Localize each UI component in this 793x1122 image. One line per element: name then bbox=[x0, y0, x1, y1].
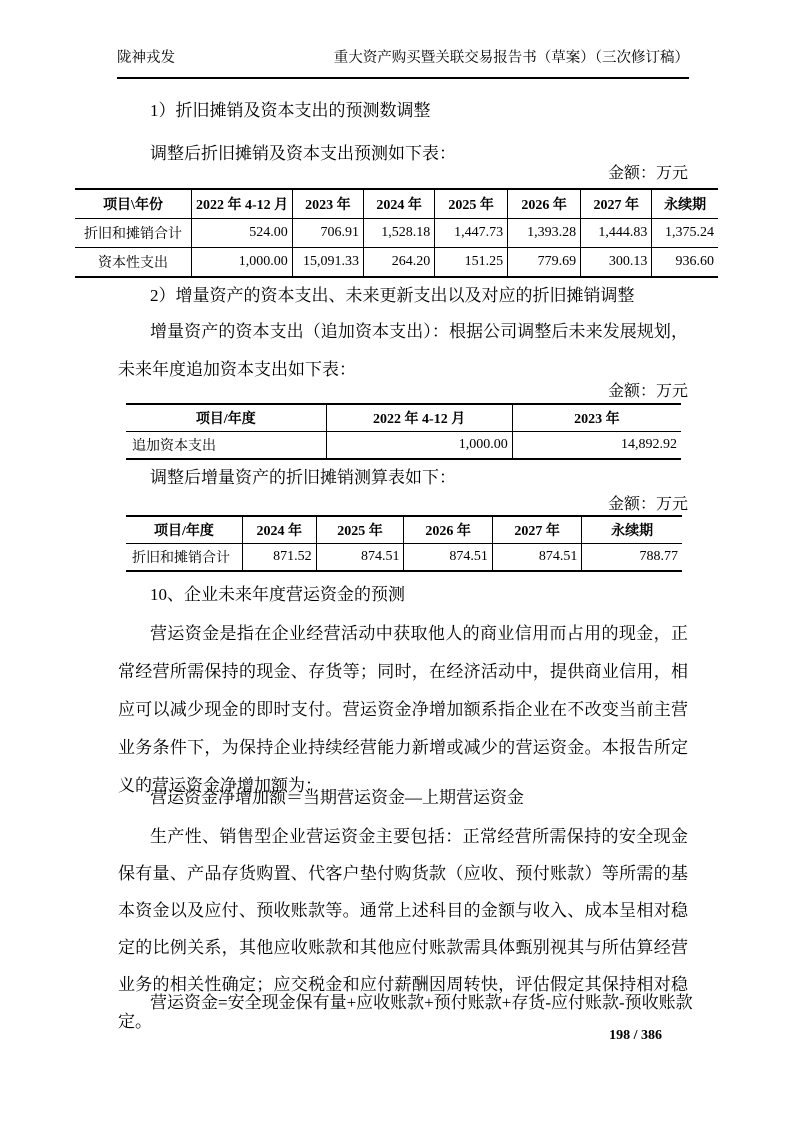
table-cell: 936.60 bbox=[652, 248, 718, 278]
depreciation-capex-forecast-table: 项目\年份2022 年 4-12 月2023 年2024 年2025 年2026… bbox=[75, 188, 718, 278]
table-cell: 871.52 bbox=[242, 544, 316, 572]
table-row: 折旧和摊销合计871.52874.51874.51874.51788.77 bbox=[126, 544, 682, 572]
column-header: 永续期 bbox=[582, 516, 682, 544]
row-label: 折旧和摊销合计 bbox=[75, 219, 192, 248]
table-cell: 1,528.18 bbox=[363, 219, 434, 248]
table-cell: 1,447.73 bbox=[435, 219, 508, 248]
table-cell: 874.51 bbox=[316, 544, 404, 572]
section-10-heading: 10、企业未来年度营运资金的预测 bbox=[150, 585, 695, 605]
column-header: 永续期 bbox=[652, 189, 718, 219]
table-cell: 524.00 bbox=[192, 219, 293, 248]
column-header: 2022 年 4-12 月 bbox=[192, 189, 293, 219]
table-cell: 874.51 bbox=[492, 544, 581, 572]
table-cell: 788.77 bbox=[582, 544, 682, 572]
column-header: 2026 年 bbox=[404, 516, 492, 544]
row-label: 追加资本支出 bbox=[126, 432, 326, 460]
section-2-paragraph: 增量资产的资本支出（追加资本支出）：根据公司调整后未来发展规划，未来年度追加资本… bbox=[118, 313, 688, 389]
column-header: 2024 年 bbox=[242, 516, 316, 544]
table-cell: 1,000.00 bbox=[326, 432, 512, 460]
column-header: 2023 年 bbox=[512, 404, 681, 432]
page-number: 198 / 386 bbox=[609, 1027, 662, 1045]
row-label: 资本性支出 bbox=[75, 248, 192, 278]
section-1-intro: 调整后折旧摊销及资本支出预测如下表： bbox=[150, 144, 695, 164]
table-row: 资本性支出1,000.0015,091.33264.20151.25779.69… bbox=[75, 248, 718, 278]
column-header: 2025 年 bbox=[435, 189, 508, 219]
running-header: 陇神戎发 重大资产购买暨关联交易报告书（草案）（三次修订稿） bbox=[117, 48, 689, 79]
additional-capex-table-wrap: 项目/年度2022 年 4-12 月2023 年追加资本支出1,000.0014… bbox=[126, 403, 681, 460]
section-3-intro: 调整后增量资产的折旧摊销测算表如下： bbox=[150, 468, 695, 488]
working-capital-paragraph-1: 营运资金是指在企业经营活动中获取他人的商业信用而占用的现金，正常经营所需保持的现… bbox=[118, 615, 688, 805]
table-cell: 706.91 bbox=[292, 219, 363, 248]
table-row: 折旧和摊销合计524.00706.911,528.181,447.731,393… bbox=[75, 219, 718, 248]
row-label: 折旧和摊销合计 bbox=[126, 544, 242, 572]
table-cell: 15,091.33 bbox=[292, 248, 363, 278]
column-header: 2025 年 bbox=[316, 516, 404, 544]
table-cell: 1,375.24 bbox=[652, 219, 718, 248]
working-capital-formula-2: 营运资金=安全现金保有量+应收账款+预付账款+存货-应付账款-预收账款 bbox=[150, 993, 695, 1013]
header-company-name: 陇神戎发 bbox=[117, 48, 175, 68]
depreciation-capex-forecast-table-wrap: 项目\年份2022 年 4-12 月2023 年2024 年2025 年2026… bbox=[75, 188, 718, 278]
amount-unit-label: 金额：万元 bbox=[118, 383, 688, 401]
column-header: 2024 年 bbox=[363, 189, 434, 219]
column-header: 2023 年 bbox=[292, 189, 363, 219]
column-header: 项目/年度 bbox=[126, 404, 326, 432]
table-cell: 1,000.00 bbox=[192, 248, 293, 278]
table-header-row: 项目/年度2024 年2025 年2026 年2027 年永续期 bbox=[126, 516, 682, 544]
section-2-heading: 2）增量资产的资本支出、未来更新支出以及对应的折旧摊销调整 bbox=[150, 286, 695, 306]
column-header: 2026 年 bbox=[508, 189, 581, 219]
column-header: 2022 年 4-12 月 bbox=[326, 404, 512, 432]
header-report-title: 重大资产购买暨关联交易报告书（草案）（三次修订稿） bbox=[334, 48, 689, 68]
incremental-depreciation-table: 项目/年度2024 年2025 年2026 年2027 年永续期折旧和摊销合计8… bbox=[126, 515, 682, 572]
table-cell: 14,892.92 bbox=[512, 432, 681, 460]
table-cell: 151.25 bbox=[435, 248, 508, 278]
table-cell: 264.20 bbox=[363, 248, 434, 278]
table-header-row: 项目/年度2022 年 4-12 月2023 年 bbox=[126, 404, 681, 432]
table-cell: 779.69 bbox=[508, 248, 581, 278]
document-page: 陇神戎发 重大资产购买暨关联交易报告书（草案）（三次修订稿） 1）折旧摊销及资本… bbox=[0, 0, 793, 1122]
amount-unit-label: 金额：万元 bbox=[118, 496, 688, 514]
table-header-row: 项目\年份2022 年 4-12 月2023 年2024 年2025 年2026… bbox=[75, 189, 718, 219]
column-header: 项目/年度 bbox=[126, 516, 242, 544]
table-row: 追加资本支出1,000.0014,892.92 bbox=[126, 432, 681, 460]
table-cell: 874.51 bbox=[404, 544, 492, 572]
amount-unit-label: 金额：万元 bbox=[118, 165, 688, 183]
column-header: 2027 年 bbox=[492, 516, 581, 544]
incremental-depreciation-table-wrap: 项目/年度2024 年2025 年2026 年2027 年永续期折旧和摊销合计8… bbox=[126, 515, 682, 572]
column-header: 2027 年 bbox=[581, 189, 652, 219]
table-cell: 1,393.28 bbox=[508, 219, 581, 248]
table-cell: 300.13 bbox=[581, 248, 652, 278]
table-cell: 1,444.83 bbox=[581, 219, 652, 248]
working-capital-formula-1: 营运资金净增加额＝当期营运资金—上期营运资金 bbox=[150, 788, 695, 808]
section-1-heading: 1）折旧摊销及资本支出的预测数调整 bbox=[150, 101, 695, 121]
additional-capex-table: 项目/年度2022 年 4-12 月2023 年追加资本支出1,000.0014… bbox=[126, 403, 681, 460]
column-header: 项目\年份 bbox=[75, 189, 192, 219]
